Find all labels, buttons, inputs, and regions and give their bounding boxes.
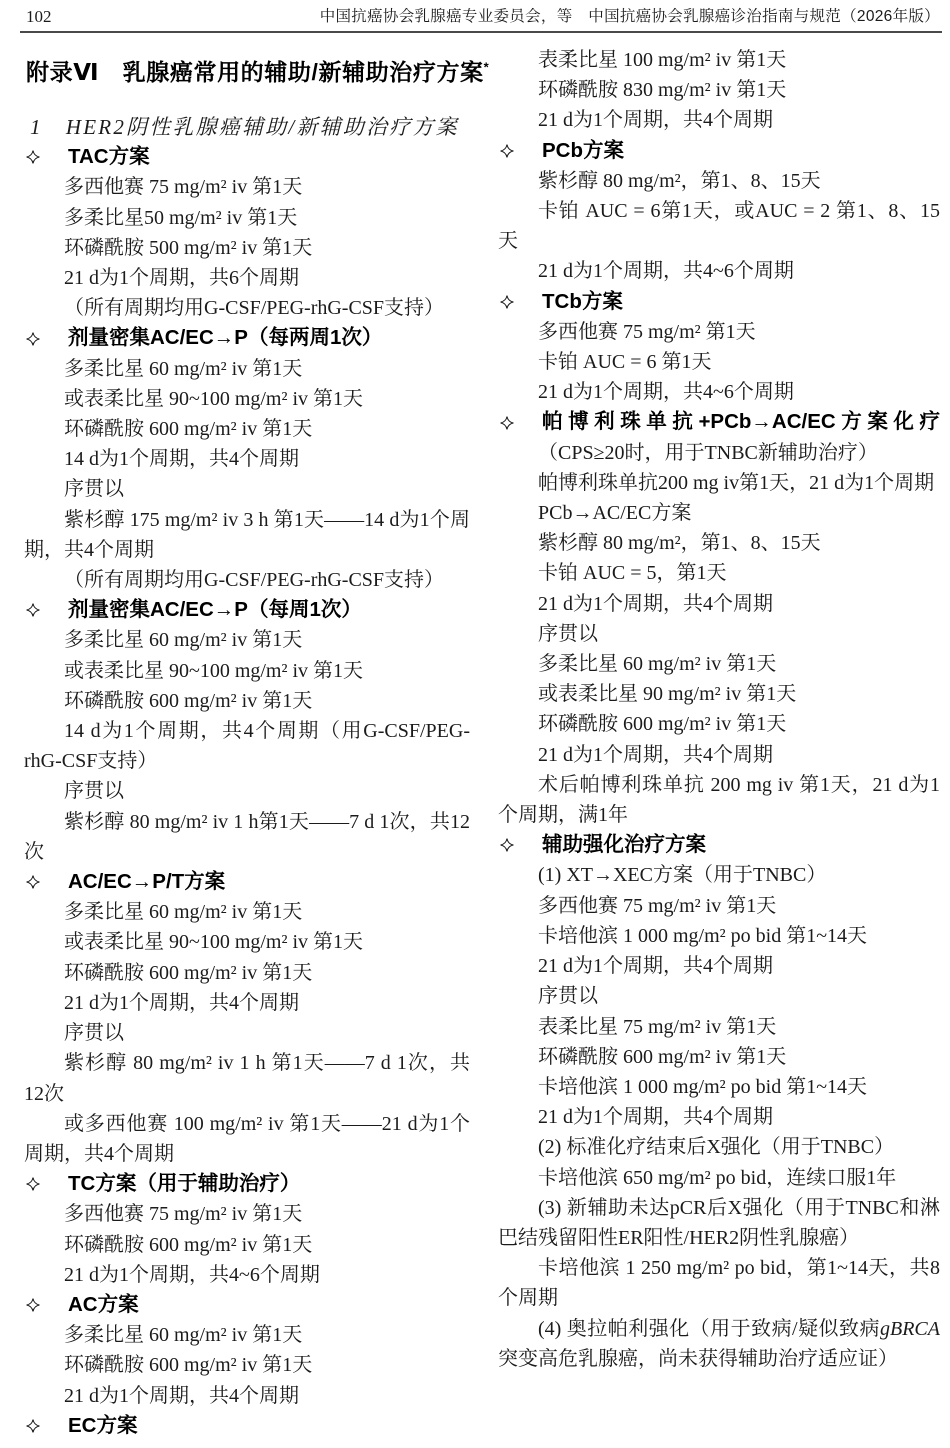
regimen-line: 环磷酰胺 600 mg/m² iv 第1天	[24, 686, 470, 716]
regimen-line: 紫杉醇 80 mg/m²，第1、8、15天	[498, 528, 940, 558]
regimen-line: 或多西他赛 100 mg/m² iv 第1天——21 d为1个周期，共4个周期	[24, 1109, 470, 1169]
regimen-heading: 帕博利珠单抗+PCb→AC/EC方案化疗	[498, 407, 940, 437]
running-title: 中国抗癌协会乳腺癌专业委员会，等 中国抗癌协会乳腺癌诊治指南与规范（2026年版…	[320, 5, 940, 29]
regimen-line: 序贯以	[24, 1018, 470, 1048]
regimen-line: 序贯以	[498, 619, 940, 649]
regimen-line: 帕博利珠单抗200 mg iv第1天，21 d为1个周期	[498, 468, 940, 498]
left-column: 附录Ⅵ 乳腺癌常用的辅助/新辅助治疗方案* 1 HER2阴性乳腺癌辅助/新辅助治…	[24, 40, 470, 1441]
regimen-line: (4) 奥拉帕利强化（用于致病/疑似致病gBRCA突变高危乳腺癌，尚未获得辅助治…	[498, 1314, 940, 1374]
regimen-line: 卡培他滨 650 mg/m² po bid，连续口服1年	[498, 1163, 940, 1193]
right-column: 表柔比星 100 mg/m² iv 第1天环磷酰胺 830 mg/m² iv 第…	[498, 45, 940, 1374]
regimen-line: 21 d为1个周期，共4~6个周期	[498, 256, 940, 286]
regimen-line: 多柔比星 60 mg/m² iv 第1天	[24, 897, 470, 927]
regimen-line: 21 d为1个周期，共4个周期	[498, 589, 940, 619]
appendix-title: 附录Ⅵ 乳腺癌常用的辅助/新辅助治疗方案*	[26, 56, 470, 88]
regimen-line: 多西他赛 75 mg/m² iv 第1天	[24, 1199, 470, 1229]
regimen-line: 术后帕博利珠单抗 200 mg iv 第1天，21 d为1个周期，满1年	[498, 770, 940, 830]
four-pointed-star-icon	[500, 295, 514, 309]
regimen-line: 21 d为1个周期，共4~6个周期	[24, 1260, 470, 1290]
four-pointed-star-icon	[26, 1419, 40, 1433]
regimen-line: 卡铂 AUC = 6 第1天	[498, 347, 940, 377]
regimen-line: （所有周期均用G-CSF/PEG-rhG-CSF支持）	[24, 293, 470, 323]
regimen-heading: 剂量密集AC/EC→P（每两周1次）	[24, 323, 470, 353]
regimen-line: 多西他赛 75 mg/m² iv 第1天	[498, 891, 940, 921]
regimen-line: 卡培他滨 1 000 mg/m² po bid 第1~14天	[498, 1072, 940, 1102]
regimen-heading-text: TC方案（用于辅助治疗）	[68, 1172, 300, 1195]
regimen-heading: TCb方案	[498, 287, 940, 317]
regimen-line: 21 d为1个周期，共4个周期	[24, 988, 470, 1018]
regimen-line: 或表柔比星 90~100 mg/m² iv 第1天	[24, 384, 470, 414]
appendix-title-text: 附录Ⅵ 乳腺癌常用的辅助/新辅助治疗方案	[26, 59, 484, 85]
regimen-heading-text: 辅助强化治疗方案	[542, 833, 706, 856]
regimen-line: 多柔比星 60 mg/m² iv 第1天	[24, 354, 470, 384]
regimen-heading: 辅助强化治疗方案	[498, 830, 940, 860]
regimen-line: 21 d为1个周期，共4个周期	[498, 105, 940, 135]
regimen-line: 多西他赛 75 mg/m² 第1天	[498, 317, 940, 347]
regimen-line: 多柔比星 60 mg/m² iv 第1天	[24, 625, 470, 655]
four-pointed-star-icon	[26, 150, 40, 164]
regimen-heading: TC方案（用于辅助治疗）	[24, 1169, 470, 1199]
four-pointed-star-icon	[500, 416, 514, 430]
regimen-heading: 剂量密集AC/EC→P（每周1次）	[24, 595, 470, 625]
regimen-heading: EC方案	[24, 1411, 470, 1441]
regimen-line: 序贯以	[498, 981, 940, 1011]
regimen-line: 或表柔比星 90~100 mg/m² iv 第1天	[24, 656, 470, 686]
regimen-line: 卡铂 AUC = 6第1天，或AUC = 2 第1、8、15天	[498, 196, 940, 256]
regimen-heading-text: 剂量密集AC/EC→P（每周1次）	[68, 598, 362, 621]
four-pointed-star-icon	[26, 875, 40, 889]
regimen-line: 环磷酰胺 500 mg/m² iv 第1天	[24, 233, 470, 263]
regimen-heading: AC/EC→P/T方案	[24, 867, 470, 897]
regimen-line: 环磷酰胺 600 mg/m² iv 第1天	[24, 1230, 470, 1260]
page-number: 102	[26, 5, 52, 29]
section-heading: 1 HER2阴性乳腺癌辅助/新辅助治疗方案	[24, 112, 470, 142]
regimen-line: （CPS≥20时，用于TNBC新辅助治疗）	[498, 438, 940, 468]
four-pointed-star-icon	[26, 1177, 40, 1191]
regimen-heading-text: 帕博利珠单抗+PCb→AC/EC方案化疗	[542, 407, 940, 437]
regimen-line: 21 d为1个周期，共4个周期	[498, 1102, 940, 1132]
regimen-line: 多柔比星 60 mg/m² iv 第1天	[498, 649, 940, 679]
regimen-line: 紫杉醇 80 mg/m² iv 1 h第1天——7 d 1次，共12次	[24, 807, 470, 867]
four-pointed-star-icon	[26, 332, 40, 346]
regimen-line: 序贯以	[24, 474, 470, 504]
regimen-line: 序贯以	[24, 776, 470, 806]
regimen-heading-text: TCb方案	[542, 290, 623, 313]
regimen-line: 卡铂 AUC = 5，第1天	[498, 558, 940, 588]
regimen-line: 21 d为1个周期，共6个周期	[24, 263, 470, 293]
regimen-line: 或表柔比星 90 mg/m² iv 第1天	[498, 679, 940, 709]
regimen-line: 多西他赛 75 mg/m² iv 第1天	[24, 172, 470, 202]
regimen-line: PCb→AC/EC方案	[498, 498, 940, 528]
regimen-heading: PCb方案	[498, 136, 940, 166]
regimen-line: 环磷酰胺 600 mg/m² iv 第1天	[24, 414, 470, 444]
left-column-paragraphs: 1 HER2阴性乳腺癌辅助/新辅助治疗方案TAC方案多西他赛 75 mg/m² …	[24, 112, 470, 1441]
regimen-line: 14 d为1个周期，共4个周期（用G-CSF/PEG-rhG-CSF支持）	[24, 716, 470, 776]
regimen-line: 表柔比星 100 mg/m² iv 第1天	[498, 45, 940, 75]
regimen-line: 21 d为1个周期，共4个周期	[498, 951, 940, 981]
regimen-line: (1) XT→XEC方案（用于TNBC）	[498, 860, 940, 890]
regimen-line: 环磷酰胺 600 mg/m² iv 第1天	[498, 709, 940, 739]
regimen-line: 环磷酰胺 830 mg/m² iv 第1天	[498, 75, 940, 105]
regimen-heading: TAC方案	[24, 142, 470, 172]
regimen-line: 多柔比星50 mg/m² iv 第1天	[24, 203, 470, 233]
regimen-heading-text: AC/EC→P/T方案	[68, 870, 225, 893]
regimen-line: 21 d为1个周期，共4~6个周期	[498, 377, 940, 407]
regimen-line: 14 d为1个周期，共4个周期	[24, 444, 470, 474]
four-pointed-star-icon	[26, 1298, 40, 1312]
regimen-line: (3) 新辅助未达pCR后X强化（用于TNBC和淋巴结残留阳性ER阳性/HER2…	[498, 1193, 940, 1253]
regimen-heading: AC方案	[24, 1290, 470, 1320]
regimen-line: (2) 标准化疗结束后X强化（用于TNBC）	[498, 1132, 940, 1162]
regimen-line: （所有周期均用G-CSF/PEG-rhG-CSF支持）	[24, 565, 470, 595]
header-rule	[20, 31, 942, 33]
regimen-line: 21 d为1个周期，共4个周期	[24, 1381, 470, 1411]
regimen-heading-text: 剂量密集AC/EC→P（每两周1次）	[68, 326, 382, 349]
document-page: 102 中国抗癌协会乳腺癌专业委员会，等 中国抗癌协会乳腺癌诊治指南与规范（20…	[0, 0, 950, 1448]
regimen-heading-text: EC方案	[68, 1414, 137, 1437]
four-pointed-star-icon	[26, 603, 40, 617]
regimen-line: 表柔比星 75 mg/m² iv 第1天	[498, 1012, 940, 1042]
regimen-line: 卡培他滨 1 000 mg/m² po bid 第1~14天	[498, 921, 940, 951]
regimen-line: 环磷酰胺 600 mg/m² iv 第1天	[498, 1042, 940, 1072]
regimen-heading-text: AC方案	[68, 1293, 139, 1316]
regimen-line: 或表柔比星 90~100 mg/m² iv 第1天	[24, 927, 470, 957]
regimen-line: 紫杉醇 80 mg/m²，第1、8、15天	[498, 166, 940, 196]
right-column-paragraphs: 表柔比星 100 mg/m² iv 第1天环磷酰胺 830 mg/m² iv 第…	[498, 45, 940, 1374]
regimen-line: 卡培他滨 1 250 mg/m² po bid，第1~14天，共8个周期	[498, 1253, 940, 1313]
regimen-heading-text: TAC方案	[68, 145, 150, 168]
regimen-line: 21 d为1个周期，共4个周期	[498, 740, 940, 770]
page-header: 102 中国抗癌协会乳腺癌专业委员会，等 中国抗癌协会乳腺癌诊治指南与规范（20…	[26, 5, 940, 29]
regimen-line: 紫杉醇 175 mg/m² iv 3 h 第1天——14 d为1个周期，共4个周…	[24, 505, 470, 565]
regimen-line: 环磷酰胺 600 mg/m² iv 第1天	[24, 958, 470, 988]
regimen-line: 多柔比星 60 mg/m² iv 第1天	[24, 1320, 470, 1350]
regimen-heading-text: PCb方案	[542, 139, 624, 162]
regimen-line: 紫杉醇 80 mg/m² iv 1 h 第1天——7 d 1次，共12次	[24, 1048, 470, 1108]
title-footnote-marker: *	[484, 59, 490, 74]
regimen-line: 环磷酰胺 600 mg/m² iv 第1天	[24, 1350, 470, 1380]
four-pointed-star-icon	[500, 838, 514, 852]
four-pointed-star-icon	[500, 144, 514, 158]
